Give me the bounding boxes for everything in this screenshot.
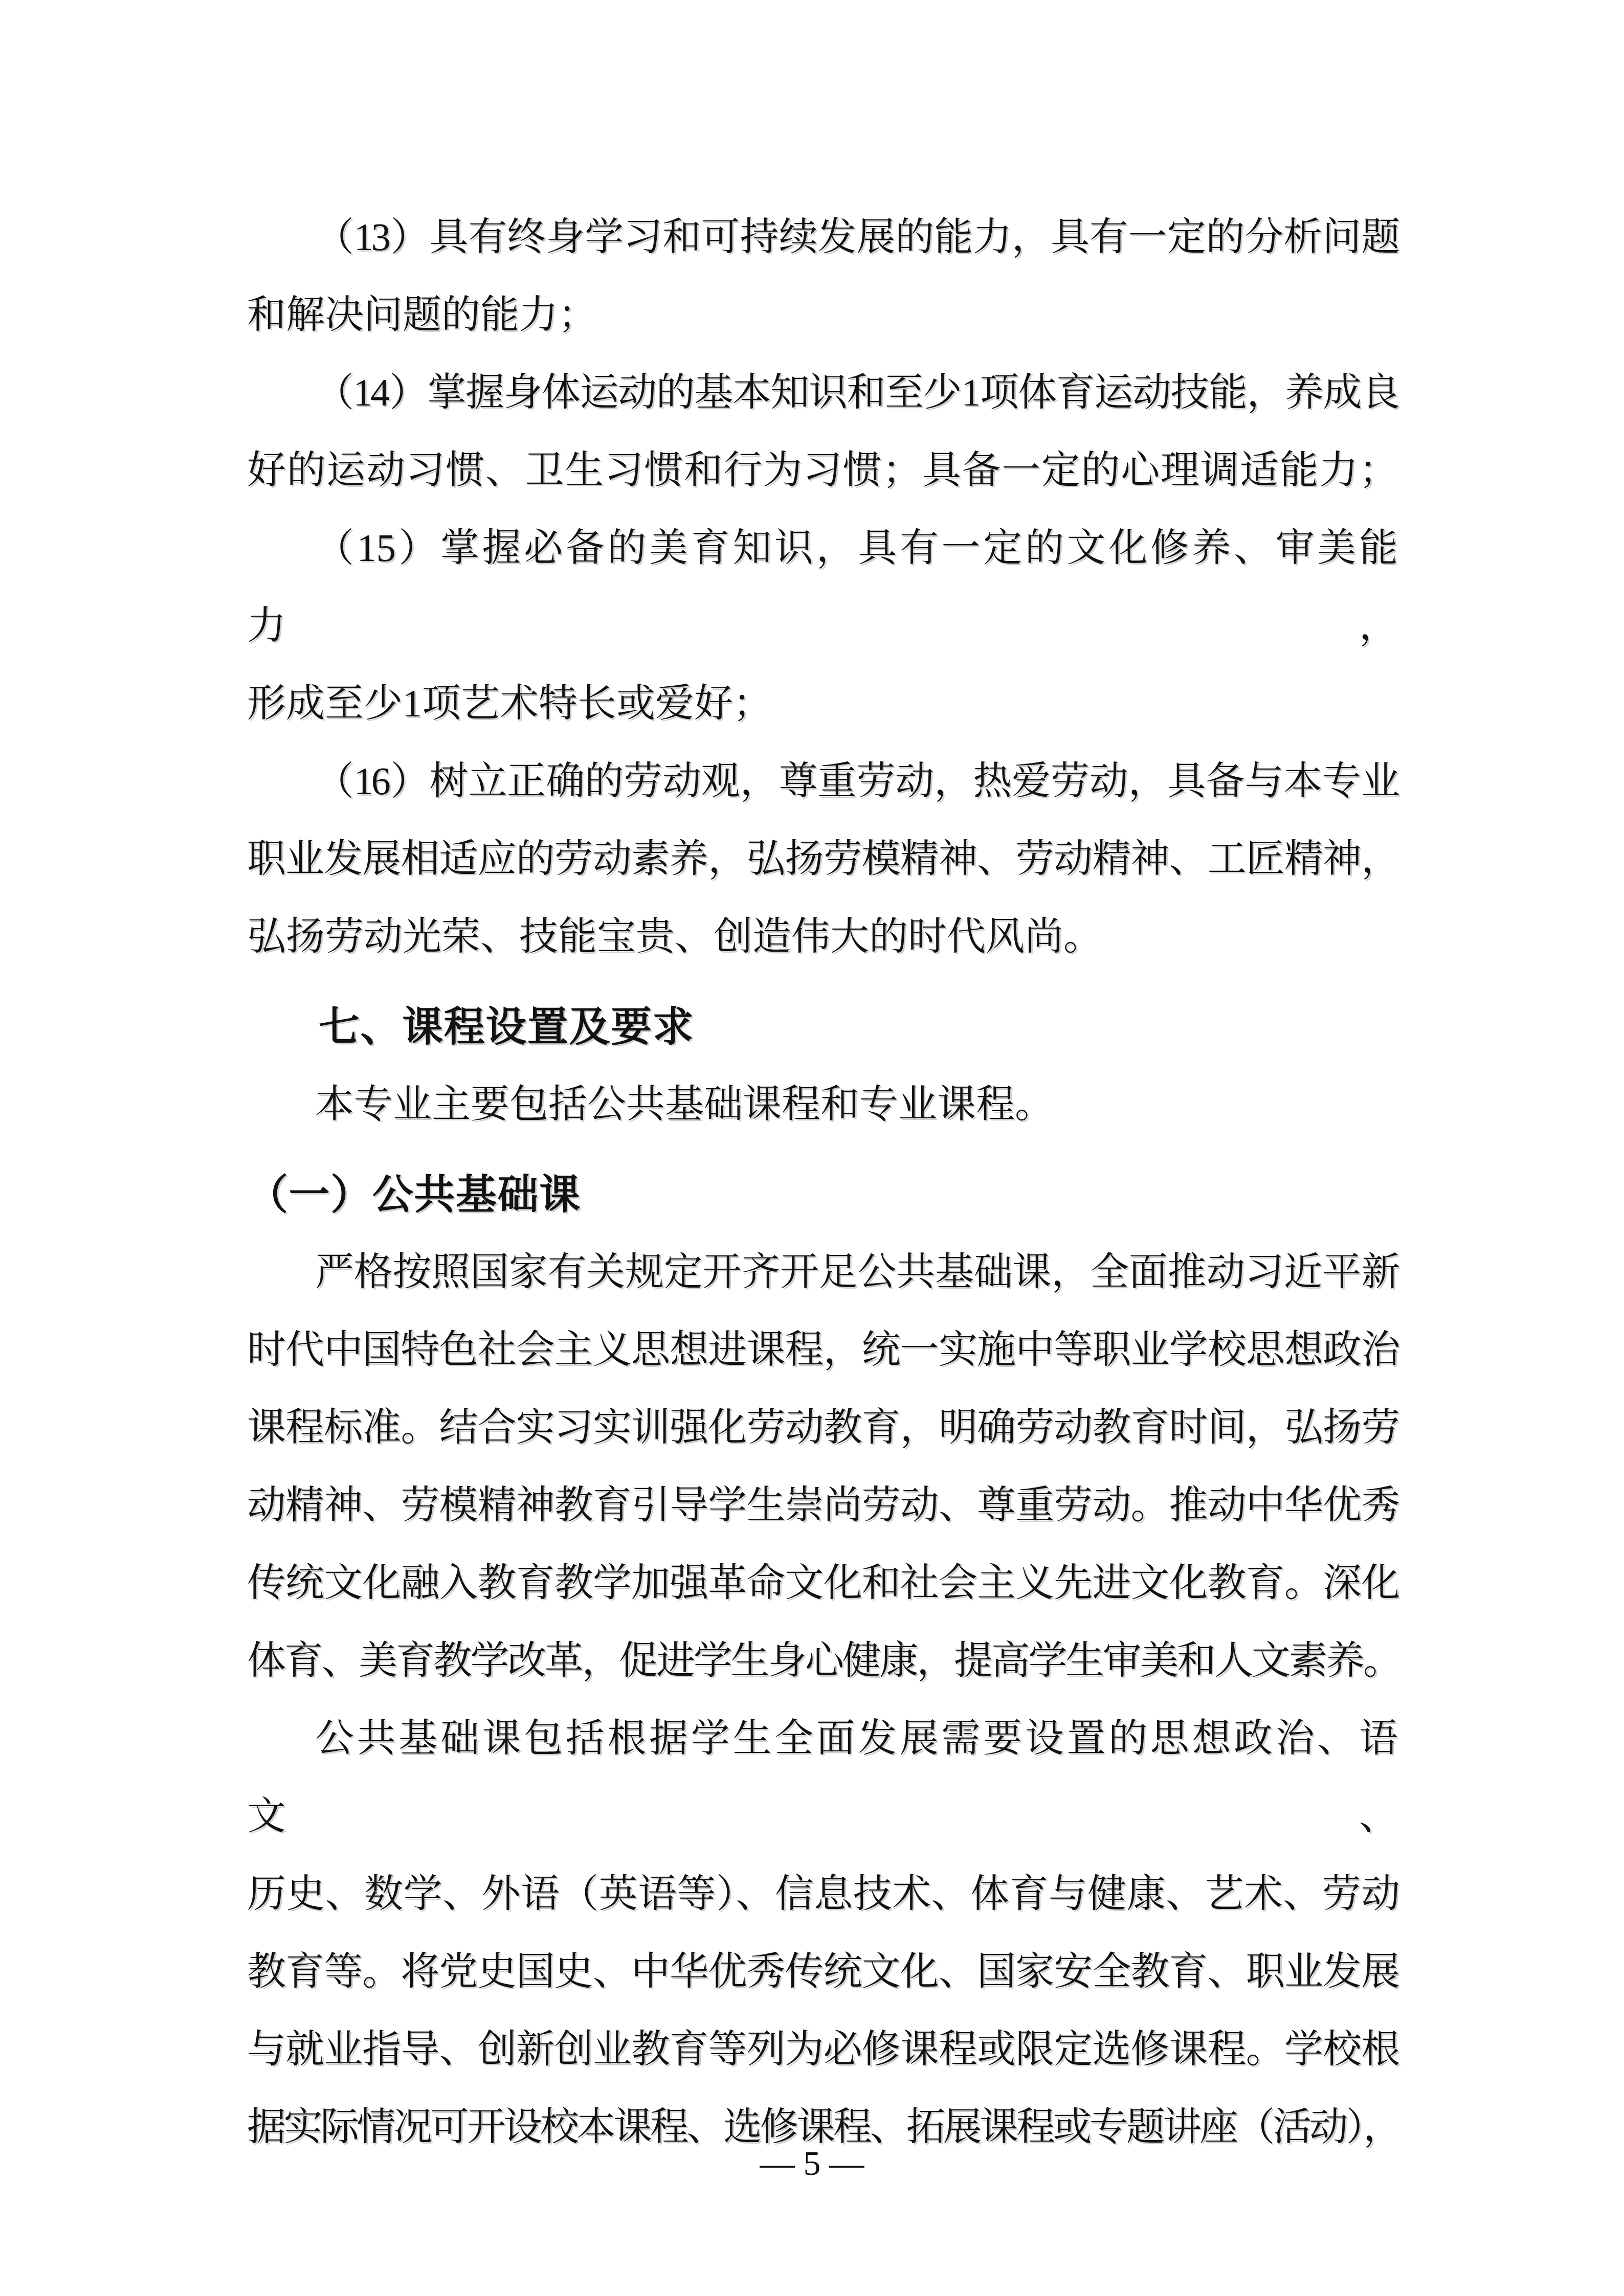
subsection-heading: （一）公共基础课 bbox=[247, 1156, 1398, 1233]
body-line: 体育、美育教学改革，促进学生身心健康，提高学生审美和人文素养。 bbox=[247, 1622, 1398, 1700]
body-line: 历史、数学、外语（英语等）、信息技术、体育与健康、艺术、劳动 bbox=[247, 1855, 1398, 1933]
body-line: （15）掌握必备的美育知识，具有一定的文化修养、审美能力， bbox=[247, 509, 1398, 665]
body-line: 职业发展相适应的劳动素养，弘扬劳模精神、劳动精神、工匠精神， bbox=[247, 820, 1398, 898]
body-line: 本专业主要包括公共基础课程和专业课程。 bbox=[247, 1066, 1398, 1143]
page-body: （13）具有终身学习和可持续发展的能力，具有一定的分析问题 和解决问题的能力； … bbox=[247, 198, 1398, 2166]
body-line: （13）具有终身学习和可持续发展的能力，具有一定的分析问题 bbox=[247, 198, 1398, 276]
body-line: 弘扬劳动光荣、技能宝贵、创造伟大的时代风尚。 bbox=[247, 898, 1398, 976]
body-line: 时代中国特色社会主义思想进课程，统一实施中等职业学校思想政治 bbox=[247, 1311, 1398, 1389]
body-line: 动精神、劳模精神教育引导学生崇尚劳动、尊重劳动。推动中华优秀 bbox=[247, 1467, 1398, 1544]
body-line: 好的运动习惯、卫生习惯和行为习惯；具备一定的心理调适能力； bbox=[247, 432, 1398, 509]
body-line: 形成至少1项艺术特长或爱好； bbox=[247, 665, 1398, 742]
body-line: 教育等。将党史国史、中华优秀传统文化、国家安全教育、职业发展 bbox=[247, 1933, 1398, 2011]
page-number: — 5 — bbox=[0, 2137, 1624, 2189]
document-page: （13）具有终身学习和可持续发展的能力，具有一定的分析问题 和解决问题的能力； … bbox=[0, 0, 1624, 2296]
body-line: 课程标准。结合实习实训强化劳动教育，明确劳动教育时间，弘扬劳 bbox=[247, 1389, 1398, 1467]
section-heading: 七、课程设置及要求 bbox=[247, 988, 1398, 1066]
body-line: 传统文化融入教育教学加强革命文化和社会主义先进文化教育。深化 bbox=[247, 1544, 1398, 1622]
body-line: （14）掌握身体运动的基本知识和至少1项体育运动技能，养成良 bbox=[247, 354, 1398, 432]
body-line: 和解决问题的能力； bbox=[247, 276, 1398, 354]
body-line: 与就业指导、创新创业教育等列为必修课程或限定选修课程。学校根 bbox=[247, 2011, 1398, 2088]
body-line: 公共基础课包括根据学生全面发展需要设置的思想政治、语文、 bbox=[247, 1700, 1398, 1855]
body-line: （16）树立正确的劳动观，尊重劳动，热爱劳动，具备与本专业 bbox=[247, 742, 1398, 820]
body-line: 严格按照国家有关规定开齐开足公共基础课，全面推动习近平新 bbox=[247, 1233, 1398, 1311]
